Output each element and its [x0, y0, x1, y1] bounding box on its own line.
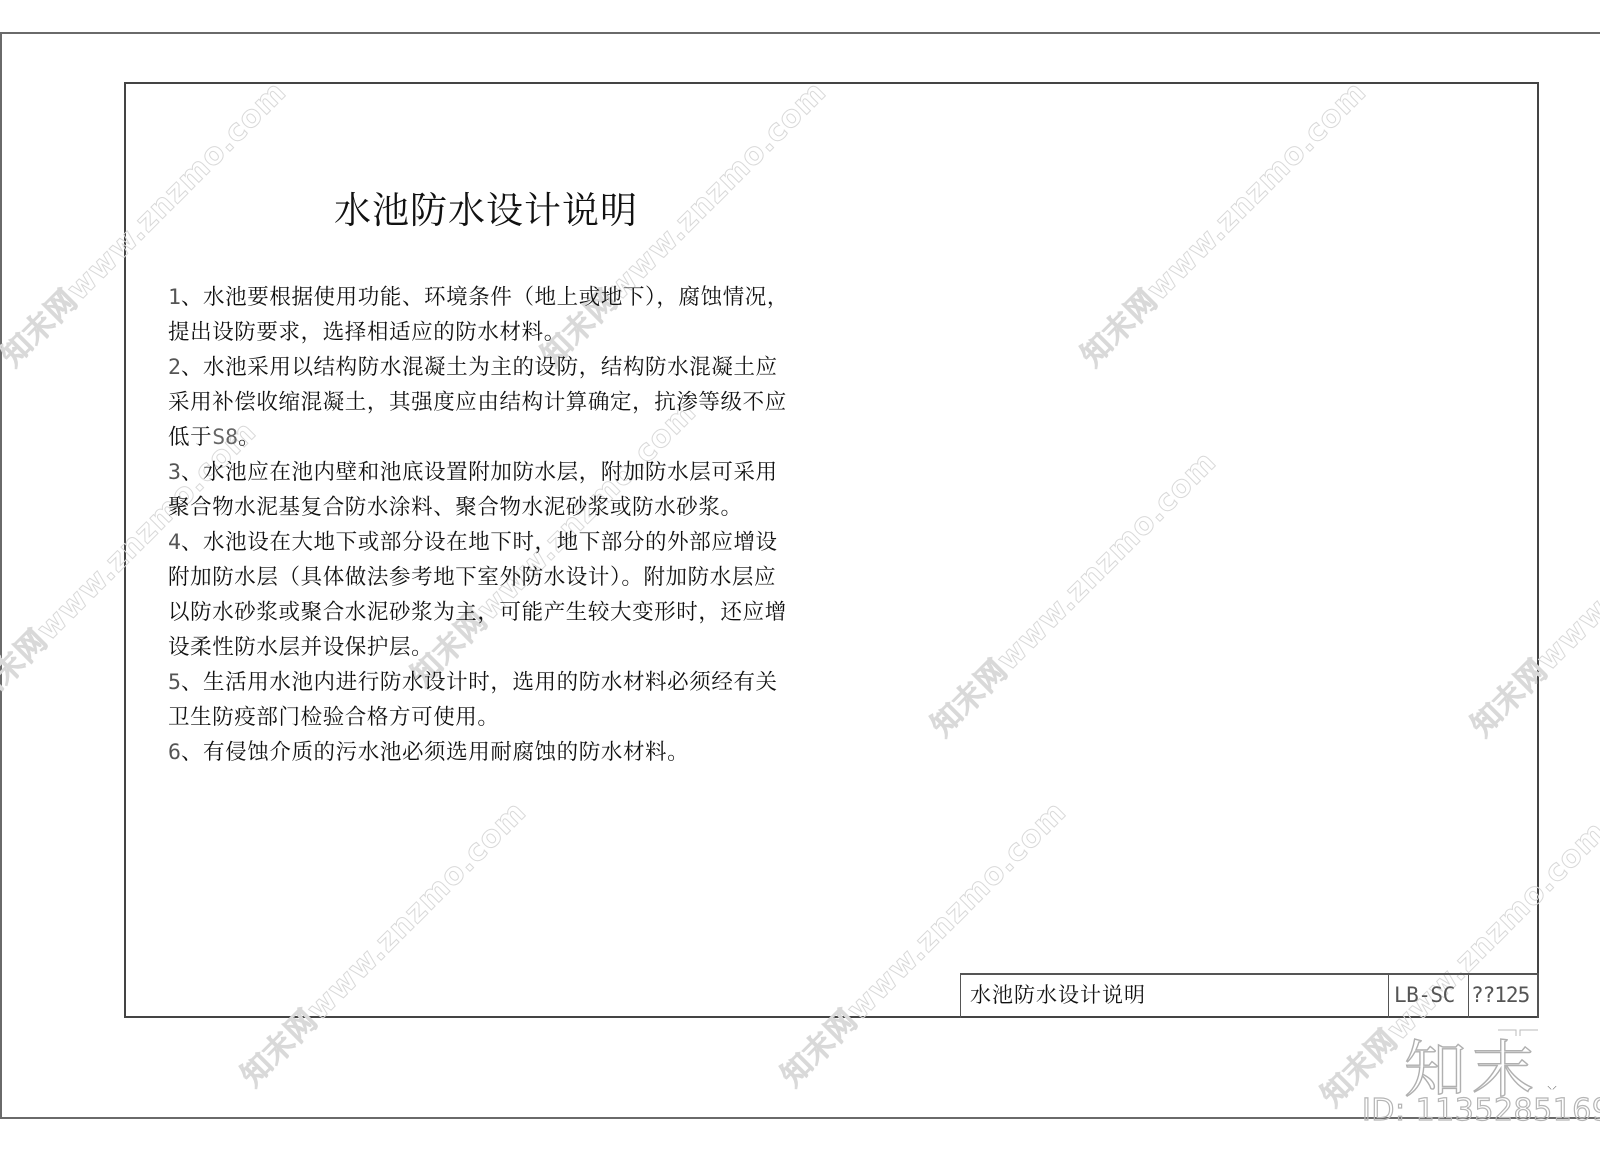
note-text: 聚合物水泥基复合防水涂料、聚合物水泥砂浆或防水砂浆。	[168, 495, 743, 520]
note-number: 2	[168, 355, 181, 380]
note-text: 采用补偿收缩混凝土，其强度应由结构计算确定，抗渗等级不应	[168, 390, 787, 415]
title-block-drawing-number: ??125	[1468, 975, 1539, 1018]
title-block: 水池防水设计说明 LB-SC ??125	[960, 973, 1539, 1018]
note-line: 6、有侵蚀介质的污水池必须选用耐腐蚀的防水材料。	[168, 735, 868, 770]
note-line: 卫生防疫部门检验合格方可使用。	[168, 700, 868, 735]
note-text: 、生活用水池内进行防水设计时，选用的防水材料必须经有关	[181, 670, 778, 695]
note-number: 5	[168, 670, 181, 695]
title-block-drawing-code: LB-SC	[1388, 975, 1468, 1018]
note-text: 、水池应在池内壁和池底设置附加防水层，附加防水层可采用	[181, 460, 778, 485]
title-block-drawing-name: 水池防水设计说明	[960, 975, 1388, 1018]
note-line: 2、水池采用以结构防水混凝土为主的设防，结构防水混凝土应	[168, 350, 868, 385]
note-number: 6	[168, 740, 181, 765]
note-line: 聚合物水泥基复合防水涂料、聚合物水泥砂浆或防水砂浆。	[168, 490, 868, 525]
note-text: 、水池采用以结构防水混凝土为主的设防，结构防水混凝土应	[181, 355, 778, 380]
note-text: 设柔性防水层并设保护层。	[168, 635, 433, 660]
note-line: 低于S8。	[168, 420, 868, 455]
note-line: 3、水池应在池内壁和池底设置附加防水层，附加防水层可采用	[168, 455, 868, 490]
note-line: 5、生活用水池内进行防水设计时，选用的防水材料必须经有关	[168, 665, 868, 700]
note-line: 采用补偿收缩混凝土，其强度应由结构计算确定，抗渗等级不应	[168, 385, 868, 420]
note-text: 提出设防要求，选择相适应的防水材料。	[168, 320, 566, 345]
note-text: 低于	[168, 425, 212, 450]
document-title: 水池防水设计说明	[334, 180, 638, 234]
note-text-tail: 。	[238, 425, 260, 450]
note-number: 1	[168, 285, 181, 310]
note-line: 4、水池设在大地下或部分设在地下时，地下部分的外部应增设	[168, 525, 868, 560]
note-text: 、水池要根据使用功能、环境条件（地上或地下），腐蚀情况，	[181, 285, 789, 310]
note-line: 以防水砂浆或聚合水泥砂浆为主，可能产生较大变形时，还应增	[168, 595, 868, 630]
impermeability-grade: S8	[212, 425, 238, 450]
design-notes: 1、水池要根据使用功能、环境条件（地上或地下），腐蚀情况， 提出设防要求，选择相…	[168, 280, 868, 770]
note-line: 附加防水层（具体做法参考地下室外防水设计）。附加防水层应	[168, 560, 868, 595]
note-text: 、有侵蚀介质的污水池必须选用耐腐蚀的防水材料。	[181, 740, 689, 765]
note-line: 1、水池要根据使用功能、环境条件（地上或地下），腐蚀情况，	[168, 280, 868, 315]
note-number: 3	[168, 460, 181, 485]
note-line: 设柔性防水层并设保护层。	[168, 630, 868, 665]
note-number: 4	[168, 530, 181, 555]
note-text: 、水池设在大地下或部分设在地下时，地下部分的外部应增设	[181, 530, 778, 555]
note-text: 卫生防疫部门检验合格方可使用。	[168, 705, 500, 730]
brand-id-label: ID: 1135285169	[1362, 1093, 1600, 1128]
note-text: 附加防水层（具体做法参考地下室外防水设计）。附加防水层应	[168, 565, 776, 590]
note-line: 提出设防要求，选择相适应的防水材料。	[168, 315, 868, 350]
note-text: 以防水砂浆或聚合水泥砂浆为主，可能产生较大变形时，还应增	[168, 600, 787, 625]
